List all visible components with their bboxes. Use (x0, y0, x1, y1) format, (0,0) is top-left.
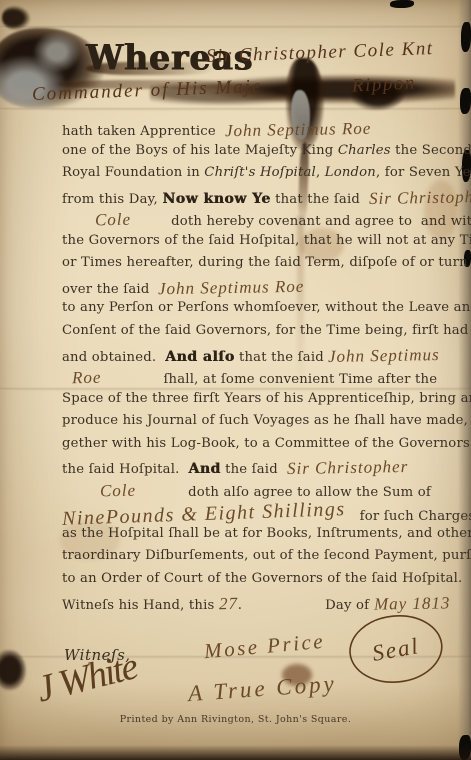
document-line-12: Roeſhall, at ſome convenient Time after … (62, 368, 422, 388)
printed-text: one of the Boys of his late Majeſty King (62, 143, 338, 158)
torn-paper-edge (458, 0, 471, 760)
document-line-1: hath taken Apprentice John Septimus Roe (62, 120, 422, 140)
printed-text: and obtained. (62, 350, 165, 365)
printed-text: ſhall, at ſome convenient Time after the (163, 372, 437, 387)
printed-text: Day of (325, 598, 374, 613)
document-line-6: the Governors of the ſaid Hoſpital, that… (62, 233, 422, 248)
printed-italic-text: Charles (338, 143, 391, 158)
printed-text: , for Seven Years, (376, 165, 471, 180)
printed-italic-text: Chriſt's Hoſpital (204, 165, 316, 180)
document-line-3: Royal Foundation in Chriſt's Hoſpital, L… (62, 165, 422, 180)
printed-text: doth hereby covenant and agree to and wi… (171, 214, 471, 229)
document-line-20: traordinary Diſburſements, out of the ſe… (62, 548, 422, 563)
witness-signature: J White (32, 644, 141, 711)
printed-text: Conſent of the ſaid Governors, for the T… (62, 323, 469, 338)
document-line-8: over the ſaid John Septimus Roe (62, 278, 422, 298)
printer-imprint: Printed by Ann Rivington, St. John's Squ… (0, 714, 471, 725)
blackletter-text: Now know Ye (162, 191, 270, 207)
printed-text: for ſuch Charges (360, 509, 471, 524)
printed-text: that the ſaid (235, 350, 329, 365)
seal-label: Seal (370, 633, 421, 666)
printed-text: over the ſaid (62, 282, 158, 297)
document-line-10: Conſent of the ſaid Governors, for the T… (62, 323, 422, 338)
edge-tear (390, 0, 414, 8)
printed-text: to an Order of Court of the Governors of… (62, 571, 462, 586)
printed-text: Space of the three firſt Years of his Ap… (62, 391, 471, 406)
paper-crease (0, 108, 471, 111)
printed-text: , (316, 165, 325, 180)
printed-italic-text: London (325, 165, 376, 180)
document-line-13: Space of the three firſt Years of his Ap… (62, 391, 422, 406)
printed-text: Witneſs his Hand, this (62, 598, 219, 613)
handwritten-text: 27. (219, 593, 244, 613)
handwritten-text: Roe (72, 368, 102, 389)
printed-text: Royal Foundation in (62, 165, 204, 180)
ink-stain (2, 6, 30, 30)
printed-text: to any Perſon or Perſons whomſoever, wit… (62, 300, 471, 315)
document-line-21: to an Order of Court of the Governors of… (62, 571, 422, 586)
seal-oval-icon: Seal (342, 605, 450, 695)
document-line-2: one of the Boys of his late Majeſty King… (62, 143, 422, 158)
printed-text: the ſaid Hoſpital. (62, 462, 188, 477)
document-line-7: or Times hereafter, during the ſaid Term… (62, 255, 422, 270)
document-line-22: Witneſs his Hand, this 27.Day of May 181… (62, 594, 422, 614)
printed-text: the Governors of the ſaid Hoſpital, that… (62, 233, 471, 248)
document-line-19: as the Hoſpital ſhall be at for Books, I… (62, 526, 422, 541)
handwritten-text: John Septimus (328, 345, 440, 367)
document-line-16: the ſaid Hoſpital. And the ſaid Sir Chri… (62, 458, 422, 478)
printed-text: that the ſaid (271, 192, 369, 207)
handwritten-text: Cole (95, 210, 131, 231)
printed-text: as the Hoſpital ſhall be at for Books, I… (62, 526, 471, 541)
handwritten-text: Sir Christopher (286, 457, 408, 479)
paper-edge-shadow (0, 745, 471, 760)
printed-text: hath taken Apprentice (62, 124, 225, 139)
handwritten-text: John Septimus Roe (158, 277, 305, 300)
handwritten-ship-name: Rippon (351, 72, 416, 97)
blackletter-text: And alſo (165, 349, 234, 365)
printed-text: gether with his Log-Book, to a Committee… (62, 436, 471, 451)
edge-tear (460, 88, 471, 114)
printed-text: from this Day, (62, 192, 162, 207)
blackletter-text: And (188, 461, 220, 477)
document-line-4: from this Day, Now know Ye that the ſaid… (62, 188, 422, 208)
seal-mark: Seal (342, 605, 450, 695)
paper-crease (0, 26, 471, 29)
printed-text: or Times hereafter, during the ſaid Term… (62, 255, 468, 270)
handwritten-true-copy: A True Copy (187, 671, 337, 707)
document-line-5: Coledoth hereby covenant and agree to an… (62, 210, 422, 230)
printed-text: the ſaid (221, 462, 287, 477)
document-line-11: and obtained. And alſo that the ſaid Joh… (62, 346, 422, 366)
handwritten-text: John Septimus Roe (225, 119, 372, 142)
handwritten-text: Sir Christopher (369, 187, 471, 209)
document-line-18: NinePounds & Eight Shillingsfor ſuch Cha… (62, 503, 422, 526)
document-paper: Whereas Sir Christopher Cole Knt Command… (0, 0, 471, 760)
document-line-15: gether with his Log-Book, to a Committee… (62, 436, 422, 451)
printed-text: the Second's (391, 143, 471, 158)
handwritten-text: Cole (100, 480, 136, 501)
printed-text: traordinary Diſburſements, out of the ſe… (62, 548, 471, 563)
printed-text: doth alſo agree to allow the Sum of (188, 485, 431, 500)
document-line-14: produce his Journal of ſuch Voyages as h… (62, 413, 422, 428)
printed-text: produce his Journal of ſuch Voyages as h… (62, 413, 471, 428)
edge-tear (461, 22, 471, 52)
document-line-9: to any Perſon or Perſons whomſoever, wit… (62, 300, 422, 315)
document-line-17: Coledoth alſo agree to allow the Sum of (62, 481, 422, 501)
